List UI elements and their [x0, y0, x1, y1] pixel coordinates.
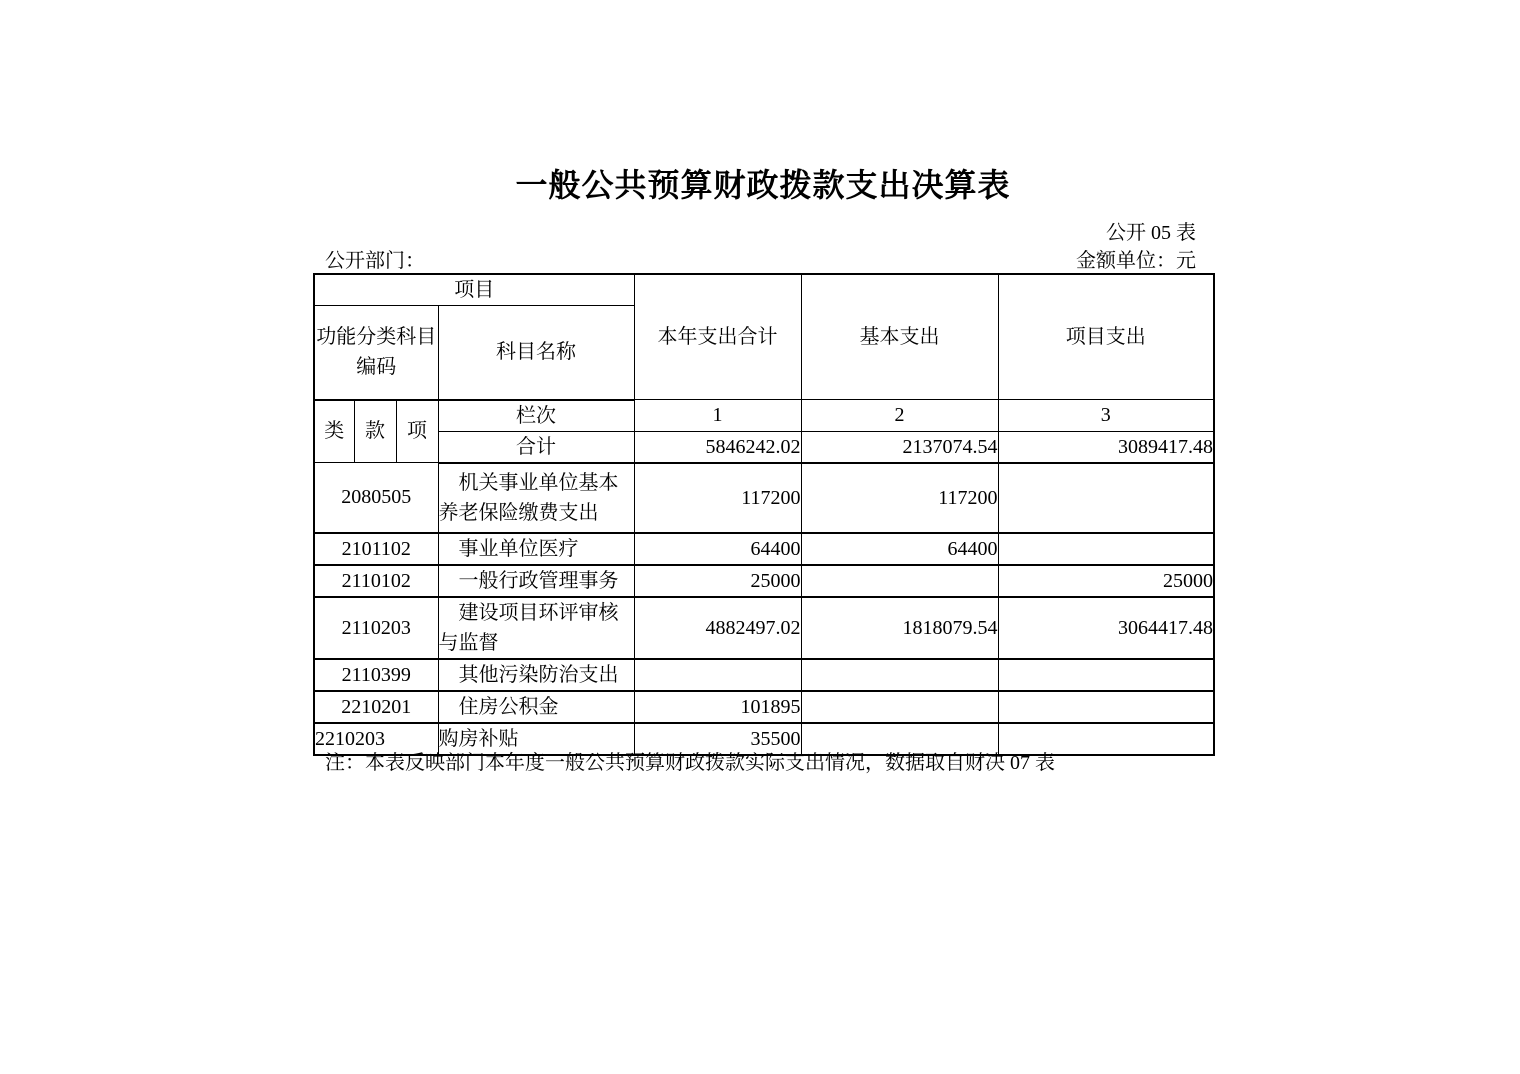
- header-cell-item: 项: [396, 400, 438, 463]
- header-cell-class: 类: [314, 400, 354, 463]
- row-total: 117200: [634, 463, 801, 533]
- row-basic: 117200: [801, 463, 998, 533]
- row-code: 2080505: [314, 463, 438, 533]
- row-basic: [801, 659, 998, 691]
- header-cell-project-expenditure: 项目支出: [998, 274, 1214, 400]
- row-basic: 64400: [801, 533, 998, 565]
- header-cell-total-expenditure: 本年支出合计: [634, 274, 801, 400]
- table-row: 2110399 其他污染防治支出: [314, 659, 1214, 691]
- header-cell-column-index-label: 栏次: [438, 400, 634, 432]
- header-cell-section: 款: [354, 400, 396, 463]
- header-row-1: 项目 本年支出合计 基本支出 项目支出: [314, 274, 1214, 306]
- table-row: 2110203 建设项目环评审核与监督 4882497.02 1818079.5…: [314, 597, 1214, 659]
- row-total: 25000: [634, 565, 801, 597]
- table-row: 2210201 住房公积金 101895: [314, 691, 1214, 723]
- row-code: 2110203: [314, 597, 438, 659]
- page-title: 一般公共预算财政拨款支出决算表: [313, 160, 1213, 206]
- header-cell-col-number-1: 1: [634, 400, 801, 432]
- row-code: 2110102: [314, 565, 438, 597]
- total-row-basic: 2137074.54: [801, 431, 998, 463]
- budget-table: 项目 本年支出合计 基本支出 项目支出 功能分类科目编码 科目名称 类 款 项 …: [313, 273, 1215, 756]
- row-total: 64400: [634, 533, 801, 565]
- header-cell-col-number-2: 2: [801, 400, 998, 432]
- table-row: 2110102 一般行政管理事务 25000 25000: [314, 565, 1214, 597]
- table-row: 2080505 机关事业单位基本养老保险缴费支出 117200 117200: [314, 463, 1214, 533]
- header-row-3: 类 款 项 栏次 1 2 3: [314, 400, 1214, 432]
- total-row-total: 5846242.02: [634, 431, 801, 463]
- row-basic: [801, 565, 998, 597]
- row-project: [998, 463, 1214, 533]
- row-code: 2110399: [314, 659, 438, 691]
- row-name: 建设项目环评审核与监督: [438, 597, 634, 659]
- meta-row: 公开部门： 金额单位：元: [313, 244, 1213, 273]
- row-name: 其他污染防治支出: [438, 659, 634, 691]
- total-row-project: 3089417.48: [998, 431, 1214, 463]
- document-page: 一般公共预算财政拨款支出决算表 公开 05 表 公开部门： 金额单位：元 项目 …: [0, 0, 1520, 1074]
- row-project: [998, 659, 1214, 691]
- row-name: 住房公积金: [438, 691, 634, 723]
- row-project: [998, 533, 1214, 565]
- row-basic: 1818079.54: [801, 597, 998, 659]
- row-name: 一般行政管理事务: [438, 565, 634, 597]
- table-row: 2101102 事业单位医疗 64400 64400: [314, 533, 1214, 565]
- table-code-label: 公开 05 表: [313, 216, 1213, 245]
- row-code: 2210201: [314, 691, 438, 723]
- row-total: 4882497.02: [634, 597, 801, 659]
- header-cell-col-number-3: 3: [998, 400, 1214, 432]
- row-basic: [801, 691, 998, 723]
- row-total: [634, 659, 801, 691]
- unit-label: 金额单位：元: [1076, 244, 1196, 273]
- header-cell-subject-name: 科目名称: [438, 306, 634, 400]
- header-cell-basic-expenditure: 基本支出: [801, 274, 998, 400]
- row-name: 机关事业单位基本养老保险缴费支出: [438, 463, 634, 533]
- total-row-label: 合计: [438, 431, 634, 463]
- row-code: 2101102: [314, 533, 438, 565]
- row-name: 事业单位医疗: [438, 533, 634, 565]
- row-total: 101895: [634, 691, 801, 723]
- header-cell-func-code: 功能分类科目编码: [314, 306, 438, 400]
- header-cell-project-group: 项目: [314, 274, 634, 306]
- footnote: 注：本表反映部门本年度一般公共预算财政拨款实际支出情况，数据取自财决 07 表: [325, 746, 1055, 775]
- department-label: 公开部门：: [325, 244, 425, 273]
- row-project: 25000: [998, 565, 1214, 597]
- row-project: 3064417.48: [998, 597, 1214, 659]
- row-project: [998, 691, 1214, 723]
- total-row: 合计 5846242.02 2137074.54 3089417.48: [314, 431, 1214, 463]
